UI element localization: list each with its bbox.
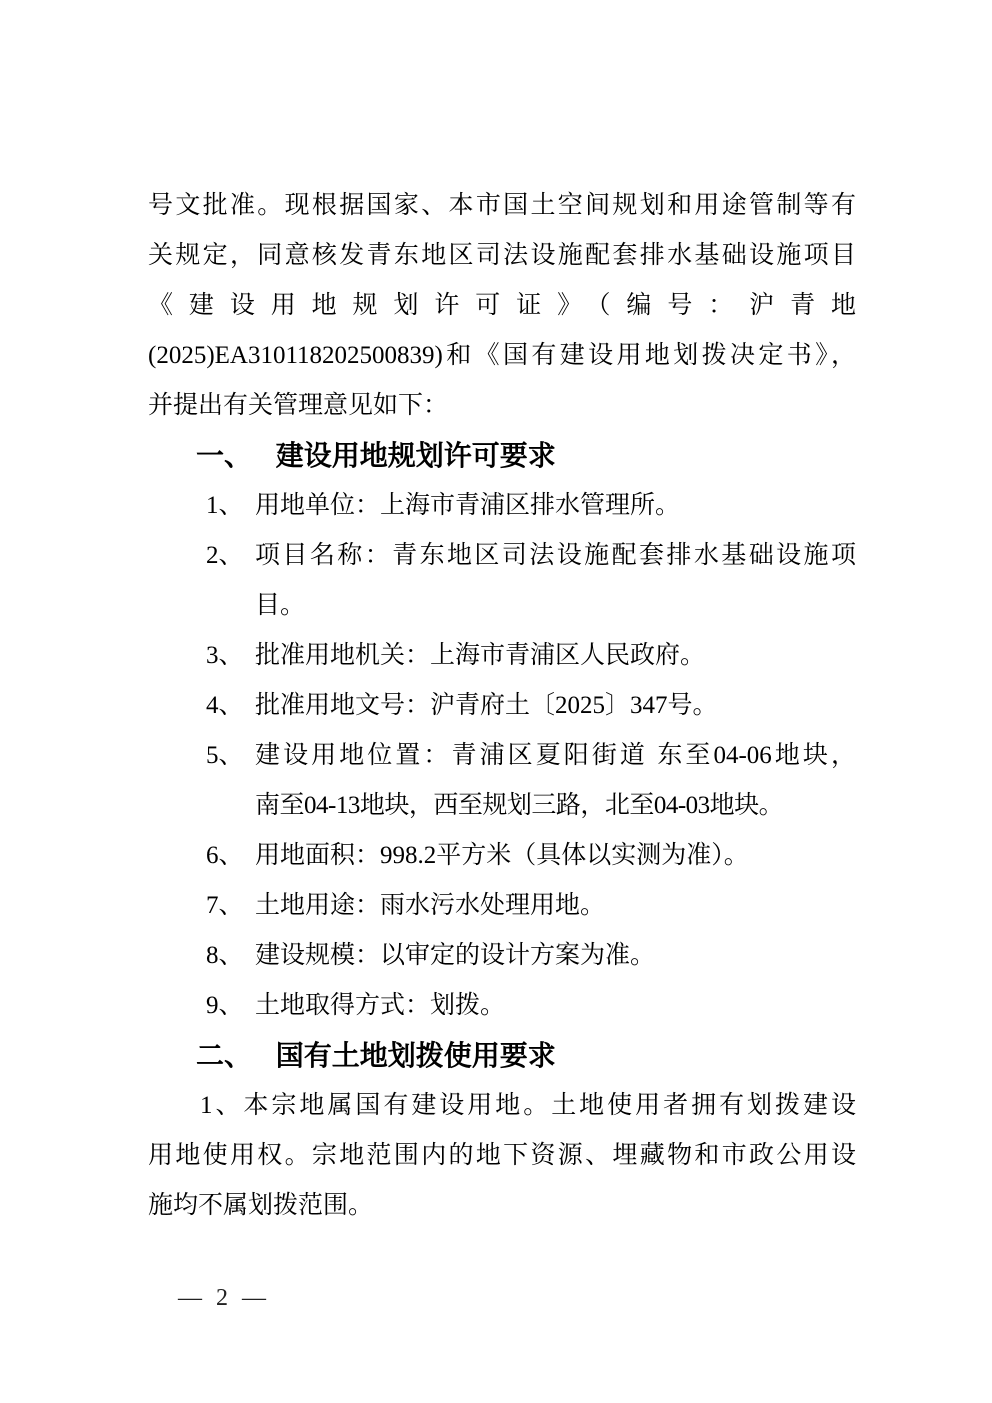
list-item-3: 3、 批准用地机关：上海市青浦区人民政府。 <box>148 631 856 681</box>
opening-line-4: (2025)EA310118202500839)和《国有建设用地划拨决定书》， <box>148 331 856 381</box>
list-item-4: 4、 批准用地文号：沪青府土〔2025〕347号。 <box>148 681 856 731</box>
list-item-5-number: 5、 <box>206 731 244 781</box>
list-item-3-number: 3、 <box>206 631 244 681</box>
list-item-6: 6、 用地面积：998.2平方米（具体以实测为准）。 <box>148 831 856 881</box>
opening-line-3: 《建设用地规划许可证》（编号：沪青地 <box>148 281 856 331</box>
list-item-1-text: 用地单位：上海市青浦区排水管理所。 <box>255 492 680 519</box>
list-item-7-number: 7、 <box>206 881 244 931</box>
opening-line-2: 关规定，同意核发青东地区司法设施配套排水基础设施项目 <box>148 231 856 281</box>
page-number: — 2 — <box>178 1283 266 1313</box>
document-page: 号文批准。现根据国家、本市国土空间规划和用途管制等有 关规定，同意核发青东地区司… <box>0 0 992 1403</box>
list-item-9-number: 9、 <box>206 981 244 1031</box>
list-item-1-number: 1、 <box>206 481 244 531</box>
list-item-2-continuation: 目。 <box>148 581 856 631</box>
section-one-heading-title: 建设用地规划许可要求 <box>276 440 556 471</box>
list-item-2: 2、 项目名称：青东地区司法设施配套排水基础设施项 <box>148 531 856 581</box>
list-item-7-text: 土地用途：雨水污水处理用地。 <box>255 892 605 919</box>
list-item-8-number: 8、 <box>206 931 244 981</box>
list-item-9-text: 土地取得方式：划拨。 <box>255 992 505 1019</box>
section-two-heading-title: 国有土地划拨使用要求 <box>276 1040 556 1071</box>
list-item-4-text: 批准用地文号：沪青府土〔2025〕347号。 <box>255 692 718 719</box>
list-item-8-text: 建设规模：以审定的设计方案为准。 <box>255 942 655 969</box>
list-item-6-number: 6、 <box>206 831 244 881</box>
section-two-paragraph-line-2: 用地使用权。宗地范围内的地下资源、埋藏物和市政公用设 <box>148 1131 856 1181</box>
list-item-1: 1、 用地单位：上海市青浦区排水管理所。 <box>148 481 856 531</box>
section-one-heading: 一、 建设用地规划许可要求 <box>148 431 856 481</box>
list-item-4-number: 4、 <box>206 681 244 731</box>
opening-line-1: 号文批准。现根据国家、本市国土空间规划和用途管制等有 <box>148 181 856 231</box>
list-item-2-number: 2、 <box>206 531 244 581</box>
section-two-heading-number: 二、 <box>196 1040 252 1071</box>
list-item-8: 8、 建设规模：以审定的设计方案为准。 <box>148 931 856 981</box>
document-body: 号文批准。现根据国家、本市国土空间规划和用途管制等有 关规定，同意核发青东地区司… <box>148 181 856 1231</box>
list-item-2-text: 项目名称：青东地区司法设施配套排水基础设施项 <box>255 542 856 569</box>
list-item-3-text: 批准用地机关：上海市青浦区人民政府。 <box>255 642 705 669</box>
section-one-heading-number: 一、 <box>196 440 252 471</box>
section-two-paragraph-line-3: 施均不属划拨范围。 <box>148 1181 856 1231</box>
list-item-5: 5、 建设用地位置：青浦区夏阳街道 东至04-06地块， <box>148 731 856 781</box>
list-item-6-text: 用地面积：998.2平方米（具体以实测为准）。 <box>255 842 749 869</box>
list-item-7: 7、 土地用途：雨水污水处理用地。 <box>148 881 856 931</box>
list-item-5-continuation: 南至04-13地块，西至规划三路，北至04-03地块。 <box>148 781 856 831</box>
opening-line-5: 并提出有关管理意见如下： <box>148 381 856 431</box>
section-two-heading: 二、 国有土地划拨使用要求 <box>148 1031 856 1081</box>
section-two-paragraph-line-1: 1、本宗地属国有建设用地。土地使用者拥有划拨建设 <box>148 1081 856 1131</box>
list-item-9: 9、 土地取得方式：划拨。 <box>148 981 856 1031</box>
list-item-5-text: 建设用地位置：青浦区夏阳街道 东至04-06地块， <box>255 742 856 769</box>
